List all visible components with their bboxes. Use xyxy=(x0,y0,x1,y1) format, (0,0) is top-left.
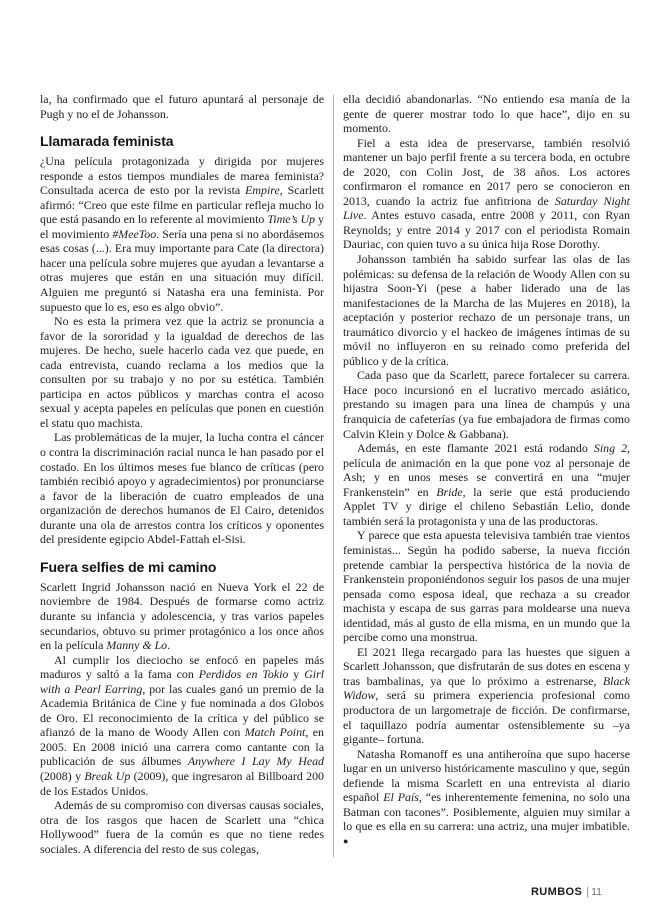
paragraph: la, ha confirmado que el futuro apuntará… xyxy=(40,92,324,121)
paragraph: Johansson también ha sabido surfear las … xyxy=(343,252,630,368)
column-right: ella decidió abandonarlas. “No entiendo … xyxy=(343,92,630,857)
italic-text: Match Point xyxy=(245,725,306,739)
italic-text: El País xyxy=(383,790,419,804)
italic-text: Perdidos en Tokio xyxy=(199,667,289,681)
paragraph: ella decidió abandonarlas. “No entiendo … xyxy=(343,92,630,136)
magazine-page: la, ha confirmado que el futuro apuntará… xyxy=(0,0,658,924)
italic-text: Anywhere I Lay My Head xyxy=(188,754,324,768)
paragraph: Además de su compromiso con diversas cau… xyxy=(40,798,324,856)
page-footer: RUMBOS|11 xyxy=(531,886,602,898)
italic-text: Empire xyxy=(245,183,280,197)
paragraph: No es esta la primera vez que la actriz … xyxy=(40,314,324,430)
italic-text: Bride xyxy=(436,485,462,499)
paragraph: ¿Una película protagonizada y dirigida p… xyxy=(40,154,324,314)
italic-text: Break Up xyxy=(84,769,130,783)
paragraph: Al cumplir los dieciocho se enfocó en pa… xyxy=(40,653,324,798)
paragraph: Y parece que esta apuesta televisiva tam… xyxy=(343,528,630,644)
column-divider xyxy=(333,95,334,857)
article-columns: la, ha confirmado que el futuro apuntará… xyxy=(40,92,630,857)
italic-text: Black Widow xyxy=(343,674,630,703)
page-number: 11 xyxy=(591,886,602,898)
paragraph: Las problemáticas de la mujer, la lucha … xyxy=(40,430,324,546)
end-of-article-marker: ● xyxy=(343,836,348,846)
italic-text: Time’s Up xyxy=(267,212,315,226)
paragraph: El 2021 llega recargado para las huestes… xyxy=(343,645,630,747)
section-heading: Fuera selfies de mi camino xyxy=(40,559,324,576)
section-heading: Llamarada feminista xyxy=(40,133,324,150)
italic-text: Manny & Lo xyxy=(106,638,167,652)
column-left: la, ha confirmado que el futuro apuntará… xyxy=(40,92,324,857)
paragraph: Además, en este flamante 2021 está rodan… xyxy=(343,441,630,528)
italic-text: Sing 2 xyxy=(594,441,627,455)
paragraph: Scarlett Ingrid Johansson nació en Nueva… xyxy=(40,580,324,653)
magazine-name: RUMBOS xyxy=(531,886,582,898)
paragraph: Fiel a esta idea de preservarse, también… xyxy=(343,136,630,252)
paragraph: Natasha Romanoff es una antiheroína que … xyxy=(343,747,630,849)
footer-separator: | xyxy=(586,886,589,898)
paragraph: Cada paso que da Scarlett, parece fortal… xyxy=(343,368,630,441)
italic-text: Saturday Night Live xyxy=(343,194,630,223)
italic-text: #MeeToo xyxy=(112,227,156,241)
